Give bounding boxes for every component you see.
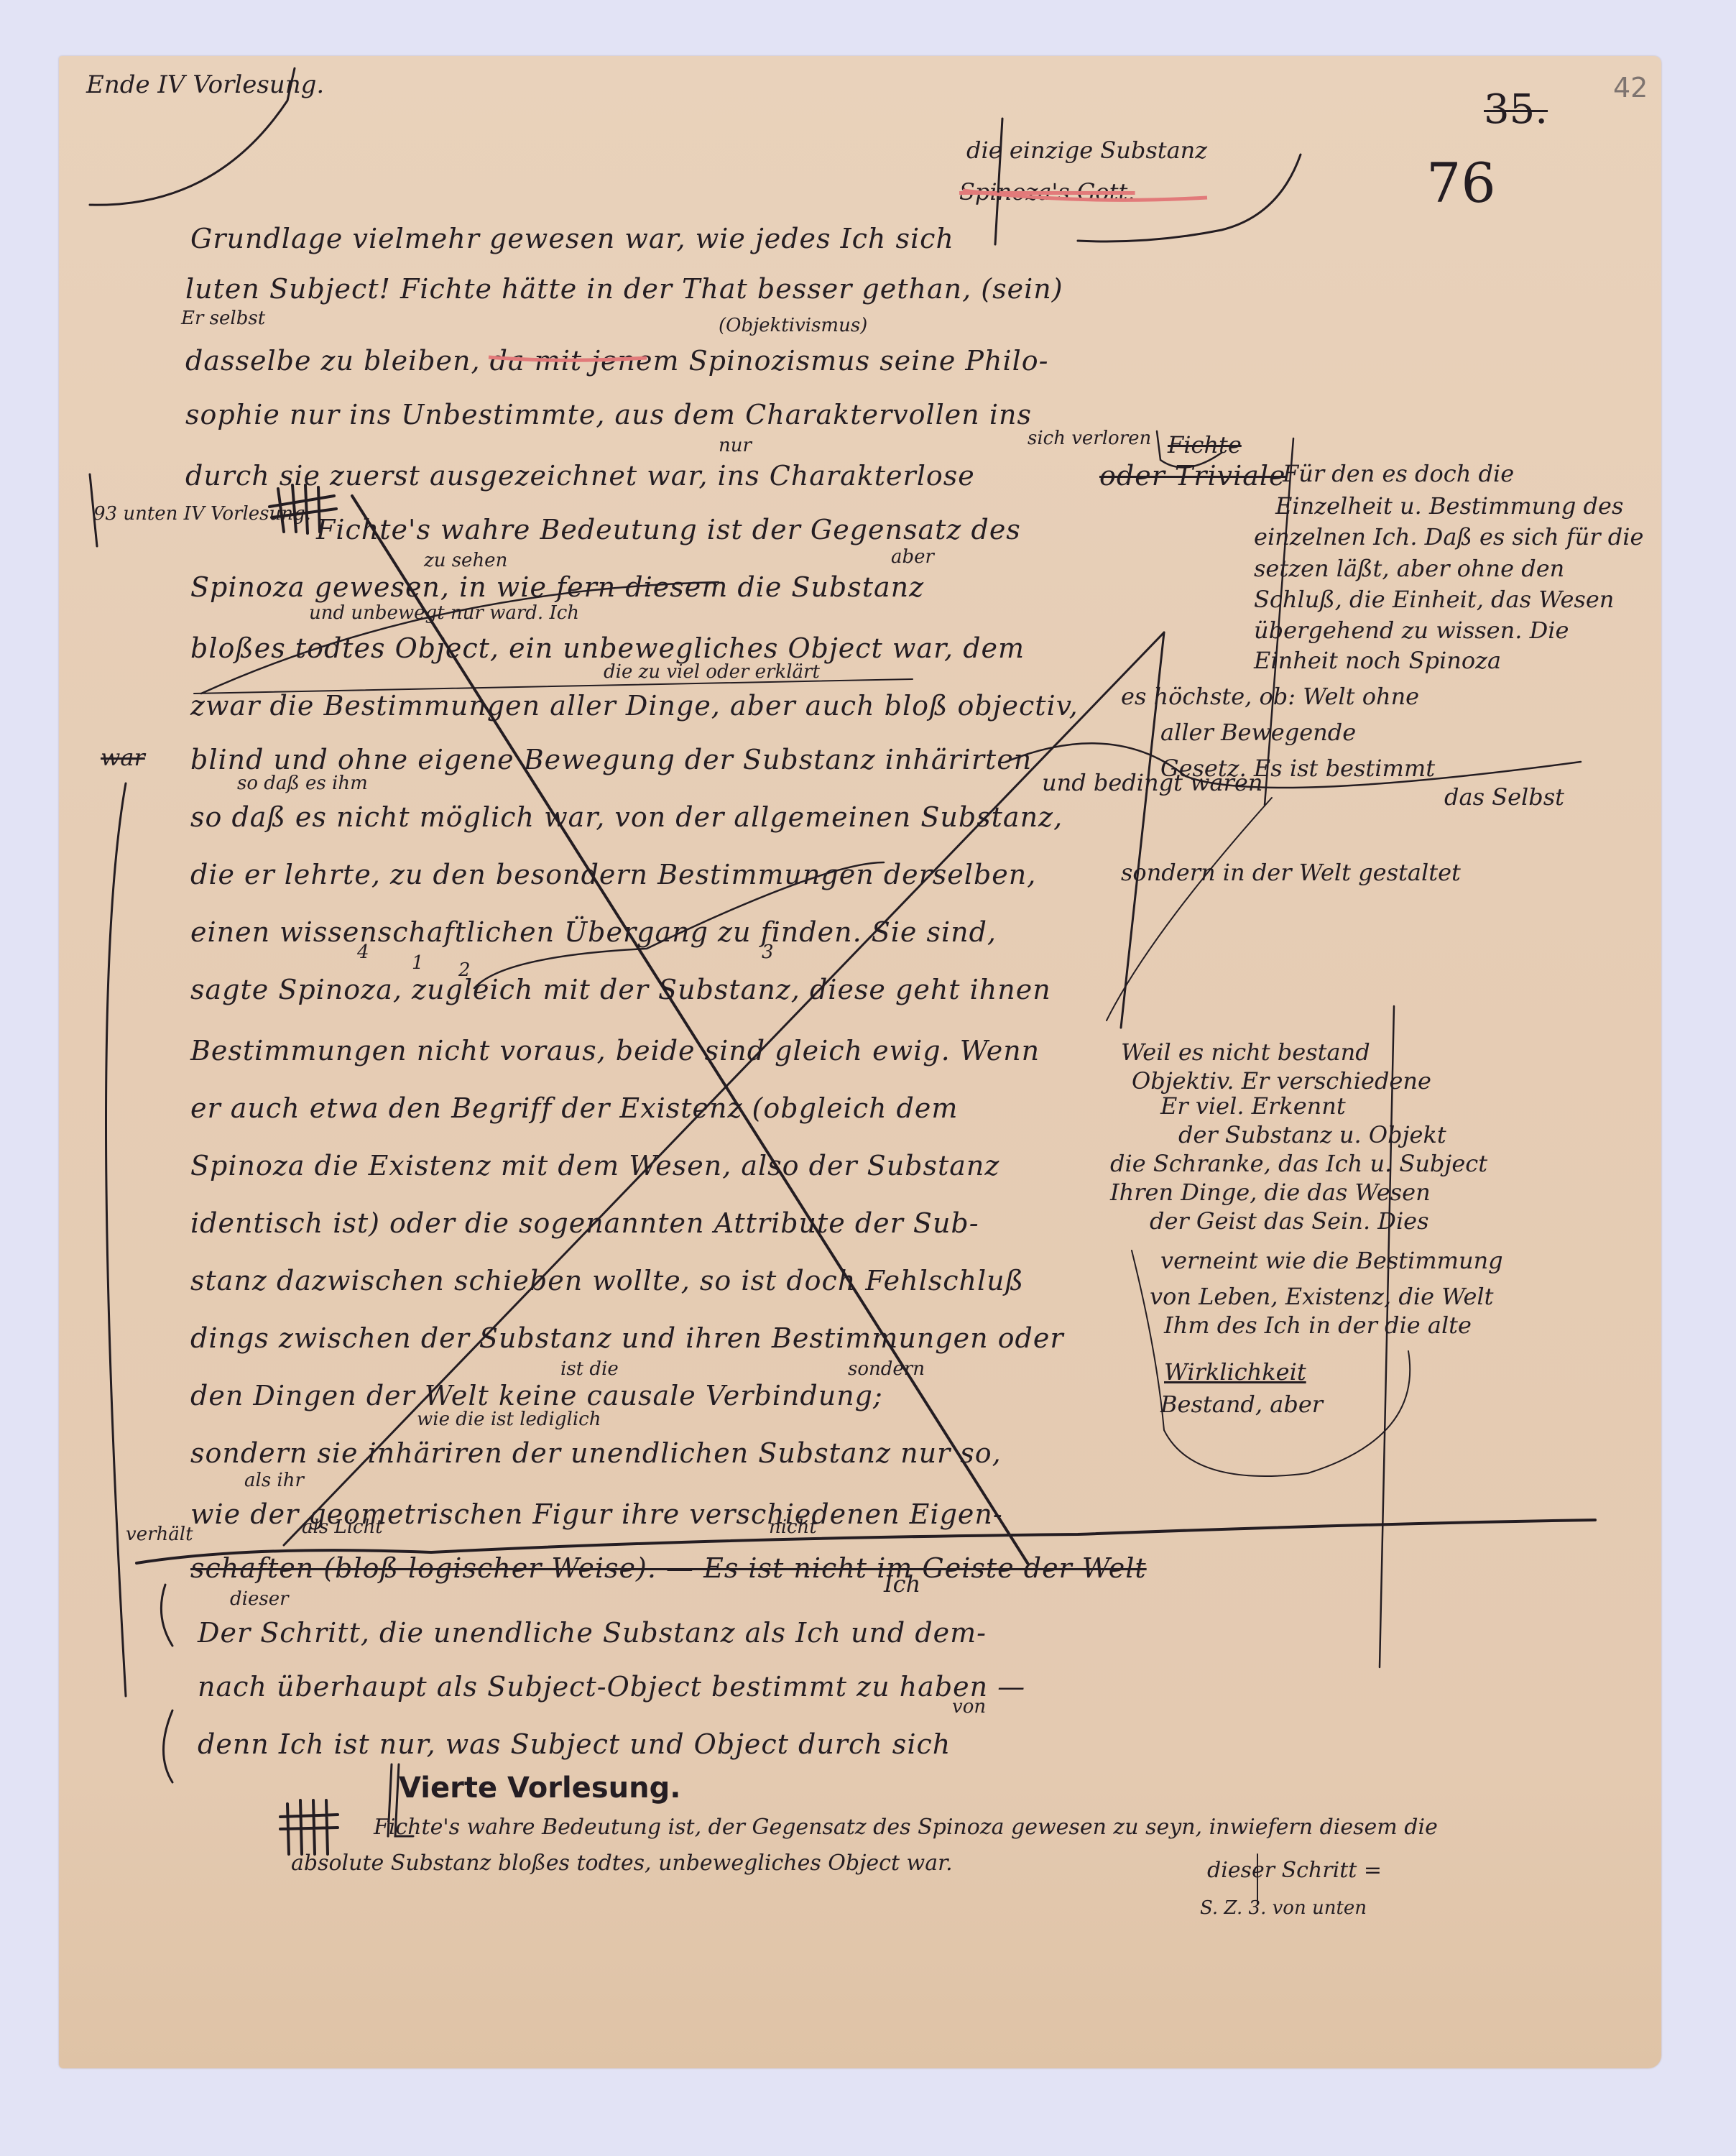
text-line-1: Grundlage vielmehr gewesen war, wie jede… [190, 223, 954, 254]
header-note-end-lecture: Ende IV Vorlesung. [86, 70, 324, 99]
right-note-1-line-1: Für den es doch die [1283, 460, 1514, 487]
right-note-3-line-5: die Schranke, das Ich u. Subject [1110, 1150, 1487, 1177]
right-note-3-line-4: der Substanz u. Objekt [1178, 1121, 1446, 1148]
right-note-3-line-11: Wirklichkeit [1164, 1358, 1306, 1386]
text-line-22: sondern sie inhäriren der unendlichen Su… [190, 1437, 1002, 1469]
right-note-3-line-2: Objektiv. Er verschiedene [1132, 1067, 1431, 1095]
right-note-2-line-1: es höchste, ob: Welt ohne [1121, 683, 1419, 710]
old-page-number: 35. [1484, 86, 1548, 133]
bottom-line-2: absolute Substanz bloßes todtes, unbeweg… [291, 1851, 953, 1876]
right-note-3-line-7: der Geist das Sein. Dies [1150, 1207, 1429, 1235]
right-note-3-line-3: Er viel. Erkennt [1160, 1092, 1346, 1120]
above-als-ihr: als ihr [244, 1470, 304, 1491]
text-line-6: Fichte's wahre Bedeutung ist der Gegensa… [316, 514, 1021, 545]
left-margin-war-struck: war [101, 744, 145, 771]
lecture-heading-vierte-vorlesung: Vierte Vorlesung. [399, 1772, 680, 1805]
bottom-note-dieser-schritt: dieser Schritt = [1207, 1858, 1382, 1883]
text-line-3: dasselbe zu bleiben, da mit jenem Spinoz… [185, 345, 1048, 377]
text-line-10: blind und ohne eigene Bewegung der Subst… [190, 744, 1032, 775]
text-line-21: den Dingen der Welt keine causale Verbin… [190, 1380, 883, 1411]
text-line-16: er auch etwa den Begriff der Existenz (o… [190, 1092, 958, 1124]
number-1: 1 [412, 952, 424, 974]
right-note-3-line-6: Ihren Dinge, die das Wesen [1110, 1179, 1431, 1206]
text-line-26: nach überhaupt als Subject-Object bestim… [198, 1671, 1025, 1703]
boxed-note-line2-struck: Spinoza's Gott. [959, 178, 1135, 206]
above-wie-die: wie die ist lediglich [417, 1409, 601, 1430]
text-line-4: sophie nur ins Unbestimmte, aus dem Char… [185, 399, 1032, 430]
above-unbewegt: und unbewegt nur ward. Ich [309, 602, 579, 624]
margin-verhaelt: verhält [126, 1524, 193, 1545]
above-zu-viel: die zu viel oder erklärt [604, 661, 820, 683]
right-note-1-line-5: Schluß, die Einheit, das Wesen [1254, 586, 1614, 613]
above-als-licht: als Licht [302, 1516, 383, 1538]
text-line-5: durch sie zuerst ausgezeichnet war, ins … [185, 460, 975, 492]
above-dieser: dieser [230, 1588, 289, 1610]
text-line-15: Bestimmungen nicht voraus, beide sind gl… [190, 1035, 1040, 1067]
bottom-note-von-unten: S. Z. 3. von unten [1200, 1897, 1367, 1919]
margin-insert-er-selbst: Er selbst [181, 308, 265, 329]
text-line-13: einen wissenschaftlichen Übergang zu fin… [190, 916, 997, 948]
right-note-2-line-4: das Selbst [1444, 783, 1564, 811]
number-3: 3 [762, 941, 774, 963]
text-line-25: Der Schritt, die unendliche Substanz als… [198, 1617, 987, 1649]
right-note-1-line-6: übergehend zu wissen. Die [1254, 617, 1569, 644]
text-line-2: luten Subject! Fichte hätte in der That … [185, 273, 1063, 305]
text-line-12: die er lehrte, zu den besondern Bestimmu… [190, 859, 1036, 890]
right-note-3-line-8: verneint wie die Bestimmung [1160, 1247, 1503, 1274]
text-line-18: identisch ist) oder die sogenannten Attr… [190, 1207, 979, 1239]
page-number: 76 [1426, 151, 1496, 215]
above-zu-sehen: zu sehen [424, 550, 507, 571]
bottom-line-1: Fichte's wahre Bedeutung ist, der Gegens… [374, 1815, 1438, 1840]
number-4: 4 [357, 941, 369, 963]
right-text-in-der-welt: sondern in der Welt gestaltet [1121, 859, 1461, 886]
archive-folio-number: 42 [1613, 72, 1648, 103]
text-line-24-struck: schaften (bloß logischer Weise). — Es is… [190, 1552, 1147, 1584]
right-note-3-line-9: von Leben, Existenz, die Welt [1150, 1283, 1494, 1310]
text-line-11: so daß es nicht möglich war, von der all… [190, 801, 1063, 833]
right-note-3-line-10: Ihm des Ich in der die alte [1164, 1312, 1472, 1339]
right-note-1-line-4: setzen läßt, aber ohne den [1254, 555, 1564, 582]
text-line-8: bloßes todtes Object, ein unbewegliches … [190, 632, 1025, 664]
right-note-3-line-1: Weil es nicht bestand [1121, 1038, 1370, 1066]
above-so-dass-es-ihm: so daß es ihm [237, 773, 368, 794]
above-von: von [952, 1696, 986, 1718]
right-note-1-line-2: Einzelheit u. Bestimmung des [1275, 492, 1623, 520]
left-margin-note-93-unten: 93 unten IV Vorlesung. [93, 503, 311, 525]
struck-fichte-box: Fichte [1168, 431, 1242, 459]
above-sich-verloren: sich verloren [1028, 428, 1151, 449]
text-line-20: dings zwischen der Substanz und ihren Be… [190, 1322, 1064, 1354]
right-note-1-line-7: Einheit noch Spinoza [1254, 647, 1501, 674]
text-line-14: sagte Spinoza, zugleich mit der Substanz… [190, 974, 1051, 1005]
above-ich: Ich [884, 1570, 920, 1598]
text-line-7: Spinoza gewesen, in wie fern diesem die … [190, 571, 924, 603]
text-line-9: zwar die Bestimmungen aller Dinge, aber … [190, 690, 1079, 722]
right-note-2-line-3: Gesetz. Es ist bestimmt [1160, 755, 1435, 782]
text-line-27: denn Ich ist nur, was Subject und Object… [198, 1728, 951, 1760]
above-objektivismus: (Objektivismus) [719, 315, 867, 336]
above-nur: nur [719, 435, 752, 456]
above-nicht: nicht [769, 1516, 817, 1538]
above-ist-die: ist die [560, 1358, 619, 1380]
boxed-note-line1: die einzige Substanz [966, 137, 1207, 164]
text-line-5-struck-tail: oder Triviale [1099, 460, 1286, 492]
right-note-3-line-12: Bestand, aber [1160, 1391, 1323, 1418]
above-sondern: sondern [848, 1358, 925, 1380]
right-note-2-line-2: aller Bewegende [1160, 719, 1356, 746]
above-aber: aber [891, 546, 934, 568]
text-line-17: Spinoza die Existenz mit dem Wesen, also… [190, 1150, 999, 1181]
right-note-1-line-3: einzelnen Ich. Daß es sich für die [1254, 523, 1643, 550]
text-line-19: stanz dazwischen schieben wollte, so ist… [190, 1265, 1024, 1296]
